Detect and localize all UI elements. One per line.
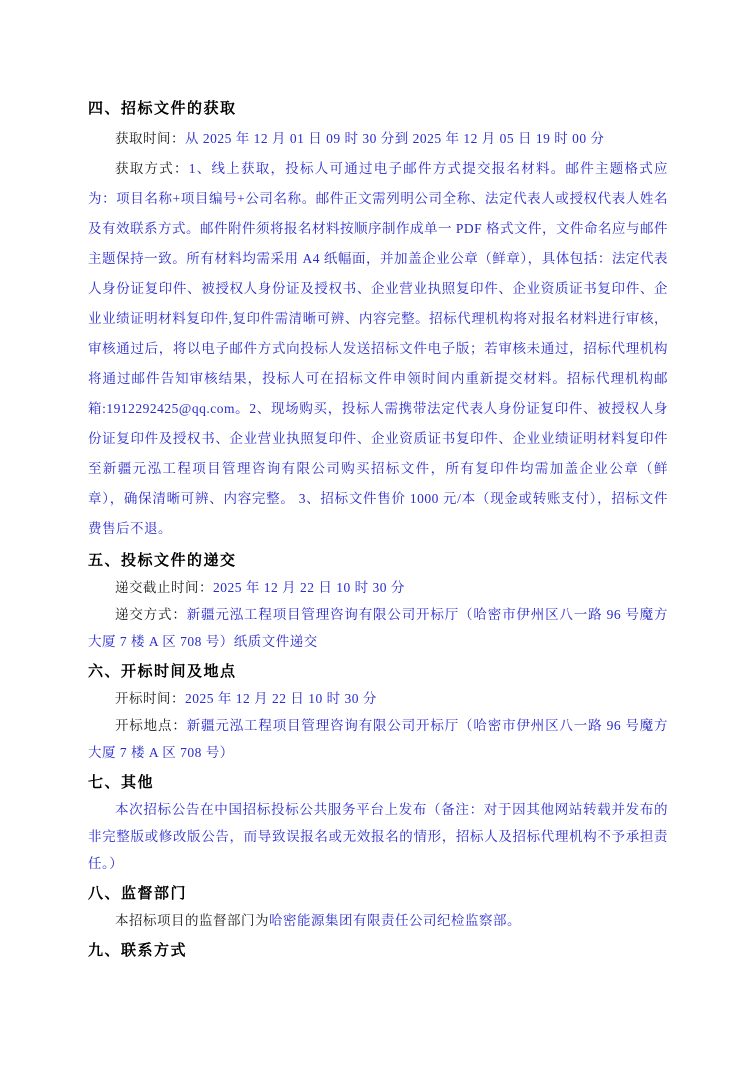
value-text: 从 2025 年 12 月 01 日 09 时 30 分到 2025 年 12 … [185,131,605,146]
section: 七、其他本次招标公告在中国招标投标公共服务平台上发布（备注：对于因其他网站转载并… [88,769,668,877]
section: 八、监督部门本招标项目的监督部门为哈密能源集团有限责任公司纪检监察部。 [88,880,668,934]
document-body: 四、招标文件的获取获取时间：从 2025 年 12 月 01 日 09 时 30… [88,94,668,964]
document-page: 四、招标文件的获取获取时间：从 2025 年 12 月 01 日 09 时 30… [0,0,756,1070]
paragraph: 递交方式：新疆元泓工程项目管理咨询有限公司开标厅（哈密市伊州区八一路 96 号魔… [88,601,668,655]
label-text: 本招标项目的监督部门为 [115,913,269,928]
value-text: 本次招标公告在中国招标投标公共服务平台上发布（备注：对于因其他网站转载并发布的非… [88,802,668,871]
value-text: 哈密能源集团有限责任公司纪检监察部。 [269,913,521,928]
paragraph: 开标地点：新疆元泓工程项目管理咨询有限公司开标厅（哈密市伊州区八一路 96 号魔… [88,712,668,766]
section: 九、联系方式 [88,937,668,964]
section-heading: 九、联系方式 [88,937,668,964]
paragraph: 递交截止时间：2025 年 12 月 22 日 10 时 30 分 [88,574,668,601]
section-heading: 七、其他 [88,769,668,796]
section-heading: 六、开标时间及地点 [88,658,668,685]
value-text: 2025 年 12 月 22 日 10 时 30 分 [213,580,405,595]
section-heading: 四、招标文件的获取 [88,94,668,124]
label-text: 获取时间： [115,131,185,146]
section-heading: 五、投标文件的递交 [88,547,668,574]
label-text: 递交截止时间： [115,580,213,595]
label-text: 递交方式： [115,607,187,622]
section-heading: 八、监督部门 [88,880,668,907]
value-text: 1、线上获取，投标人可通过电子邮件方式提交报名材料。邮件主题格式应为：项目名称+… [88,161,668,536]
value-text: 2025 年 12 月 22 日 10 时 30 分 [185,691,377,706]
label-text: 开标时间： [115,691,185,706]
paragraph: 本次招标公告在中国招标投标公共服务平台上发布（备注：对于因其他网站转载并发布的非… [88,796,668,877]
paragraph: 开标时间：2025 年 12 月 22 日 10 时 30 分 [88,685,668,712]
paragraph: 获取时间：从 2025 年 12 月 01 日 09 时 30 分到 2025 … [88,124,668,154]
label-text: 开标地点： [115,718,187,733]
paragraph: 本招标项目的监督部门为哈密能源集团有限责任公司纪检监察部。 [88,907,668,934]
section: 六、开标时间及地点开标时间：2025 年 12 月 22 日 10 时 30 分… [88,658,668,766]
paragraph: 获取方式：1、线上获取，投标人可通过电子邮件方式提交报名材料。邮件主题格式应为：… [88,154,668,544]
section: 四、招标文件的获取获取时间：从 2025 年 12 月 01 日 09 时 30… [88,94,668,544]
section: 五、投标文件的递交递交截止时间：2025 年 12 月 22 日 10 时 30… [88,547,668,655]
label-text: 获取方式： [115,161,189,176]
